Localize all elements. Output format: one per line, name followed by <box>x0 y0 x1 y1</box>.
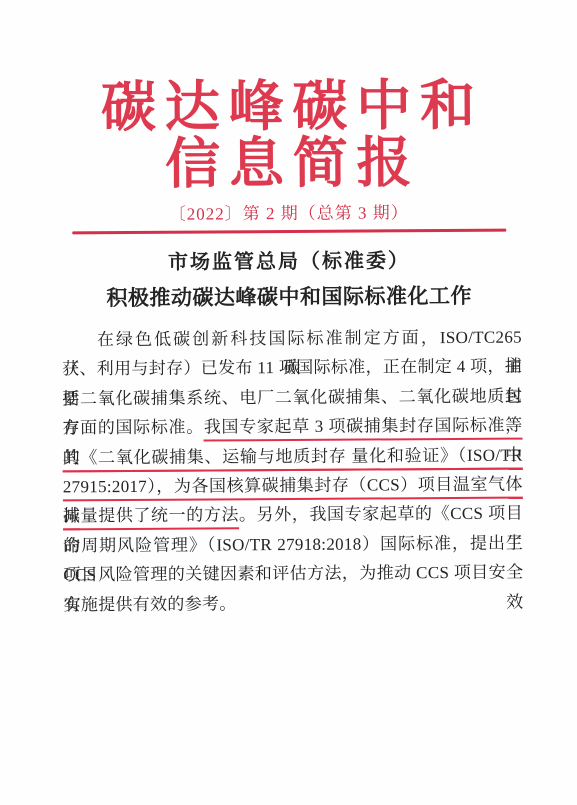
body-line: 获、利用与封存）已发布 11 项国际标准，正在制定 4 项，主要包 <box>62 352 522 384</box>
body-line: 排量提供了统一的方法。另外，我国专家起草的《CCS 项目的生 <box>63 499 523 531</box>
body-line: 27915:2017），为各国核算碳捕集封存（CCS）项目温室气体减 <box>63 470 523 502</box>
body-line: 的《二氧化碳捕集、运输与地质封存 量化和验证》（ISO/TR <box>63 440 523 472</box>
body-line: 方面的国际标准。我国专家起草 3 项碳捕集封存国际标准，其中 <box>62 411 522 443</box>
body-line: 在绿色低碳创新科技国际标准制定方面，ISO/TC265（碳捕 <box>62 323 522 355</box>
body-paragraph: 在绿色低碳创新科技国际标准制定方面，ISO/TC265（碳捕获、利用与封存）已发… <box>62 323 524 620</box>
body-line: 命周期风险管理》（ISO/TR 27918:2018）国际标准，提出了 CCS <box>63 528 523 560</box>
divider-rule <box>72 229 506 235</box>
page-content: 碳达峰碳中和 信息简报 〔2022〕第 2 期（总第 3 期） 市场监管总局（标… <box>0 0 577 620</box>
article-title: 积极推动碳达峰碳中和国际标准化工作 <box>1 279 577 313</box>
scanned-document-page: 碳达峰碳中和 信息简报 〔2022〕第 2 期（总第 3 期） 市场监管总局（标… <box>0 0 577 805</box>
bulletin-title-line1: 碳达峰碳中和 <box>0 76 577 137</box>
issue-number: 〔2022〕第 2 期（总第 3 期） <box>0 197 577 226</box>
bulletin-title-line2: 信息简报 <box>0 133 577 194</box>
body-line: 括二氧化碳捕集系统、电厂二氧化碳捕集、二氧化碳地质封存等 <box>62 381 522 413</box>
org-heading: 市场监管总局（标准委） <box>0 243 577 276</box>
red-underlined-text: 排量提供了统一的方法 <box>63 506 239 531</box>
body-text-segment: 实施提供有效的参考。 <box>63 594 236 614</box>
red-underlined-text: 的《二氧化碳捕集、运输与地质封存 量化和验证》（ISO/TR <box>63 445 523 472</box>
masthead: 碳达峰碳中和 信息简报 〔2022〕第 2 期（总第 3 期） <box>0 76 577 235</box>
body-line: 项目风险管理的关键因素和评估方法，为推动 CCS 项目安全有效 <box>63 558 523 590</box>
body-text-segment: 方面的国际标准。 <box>62 418 203 438</box>
